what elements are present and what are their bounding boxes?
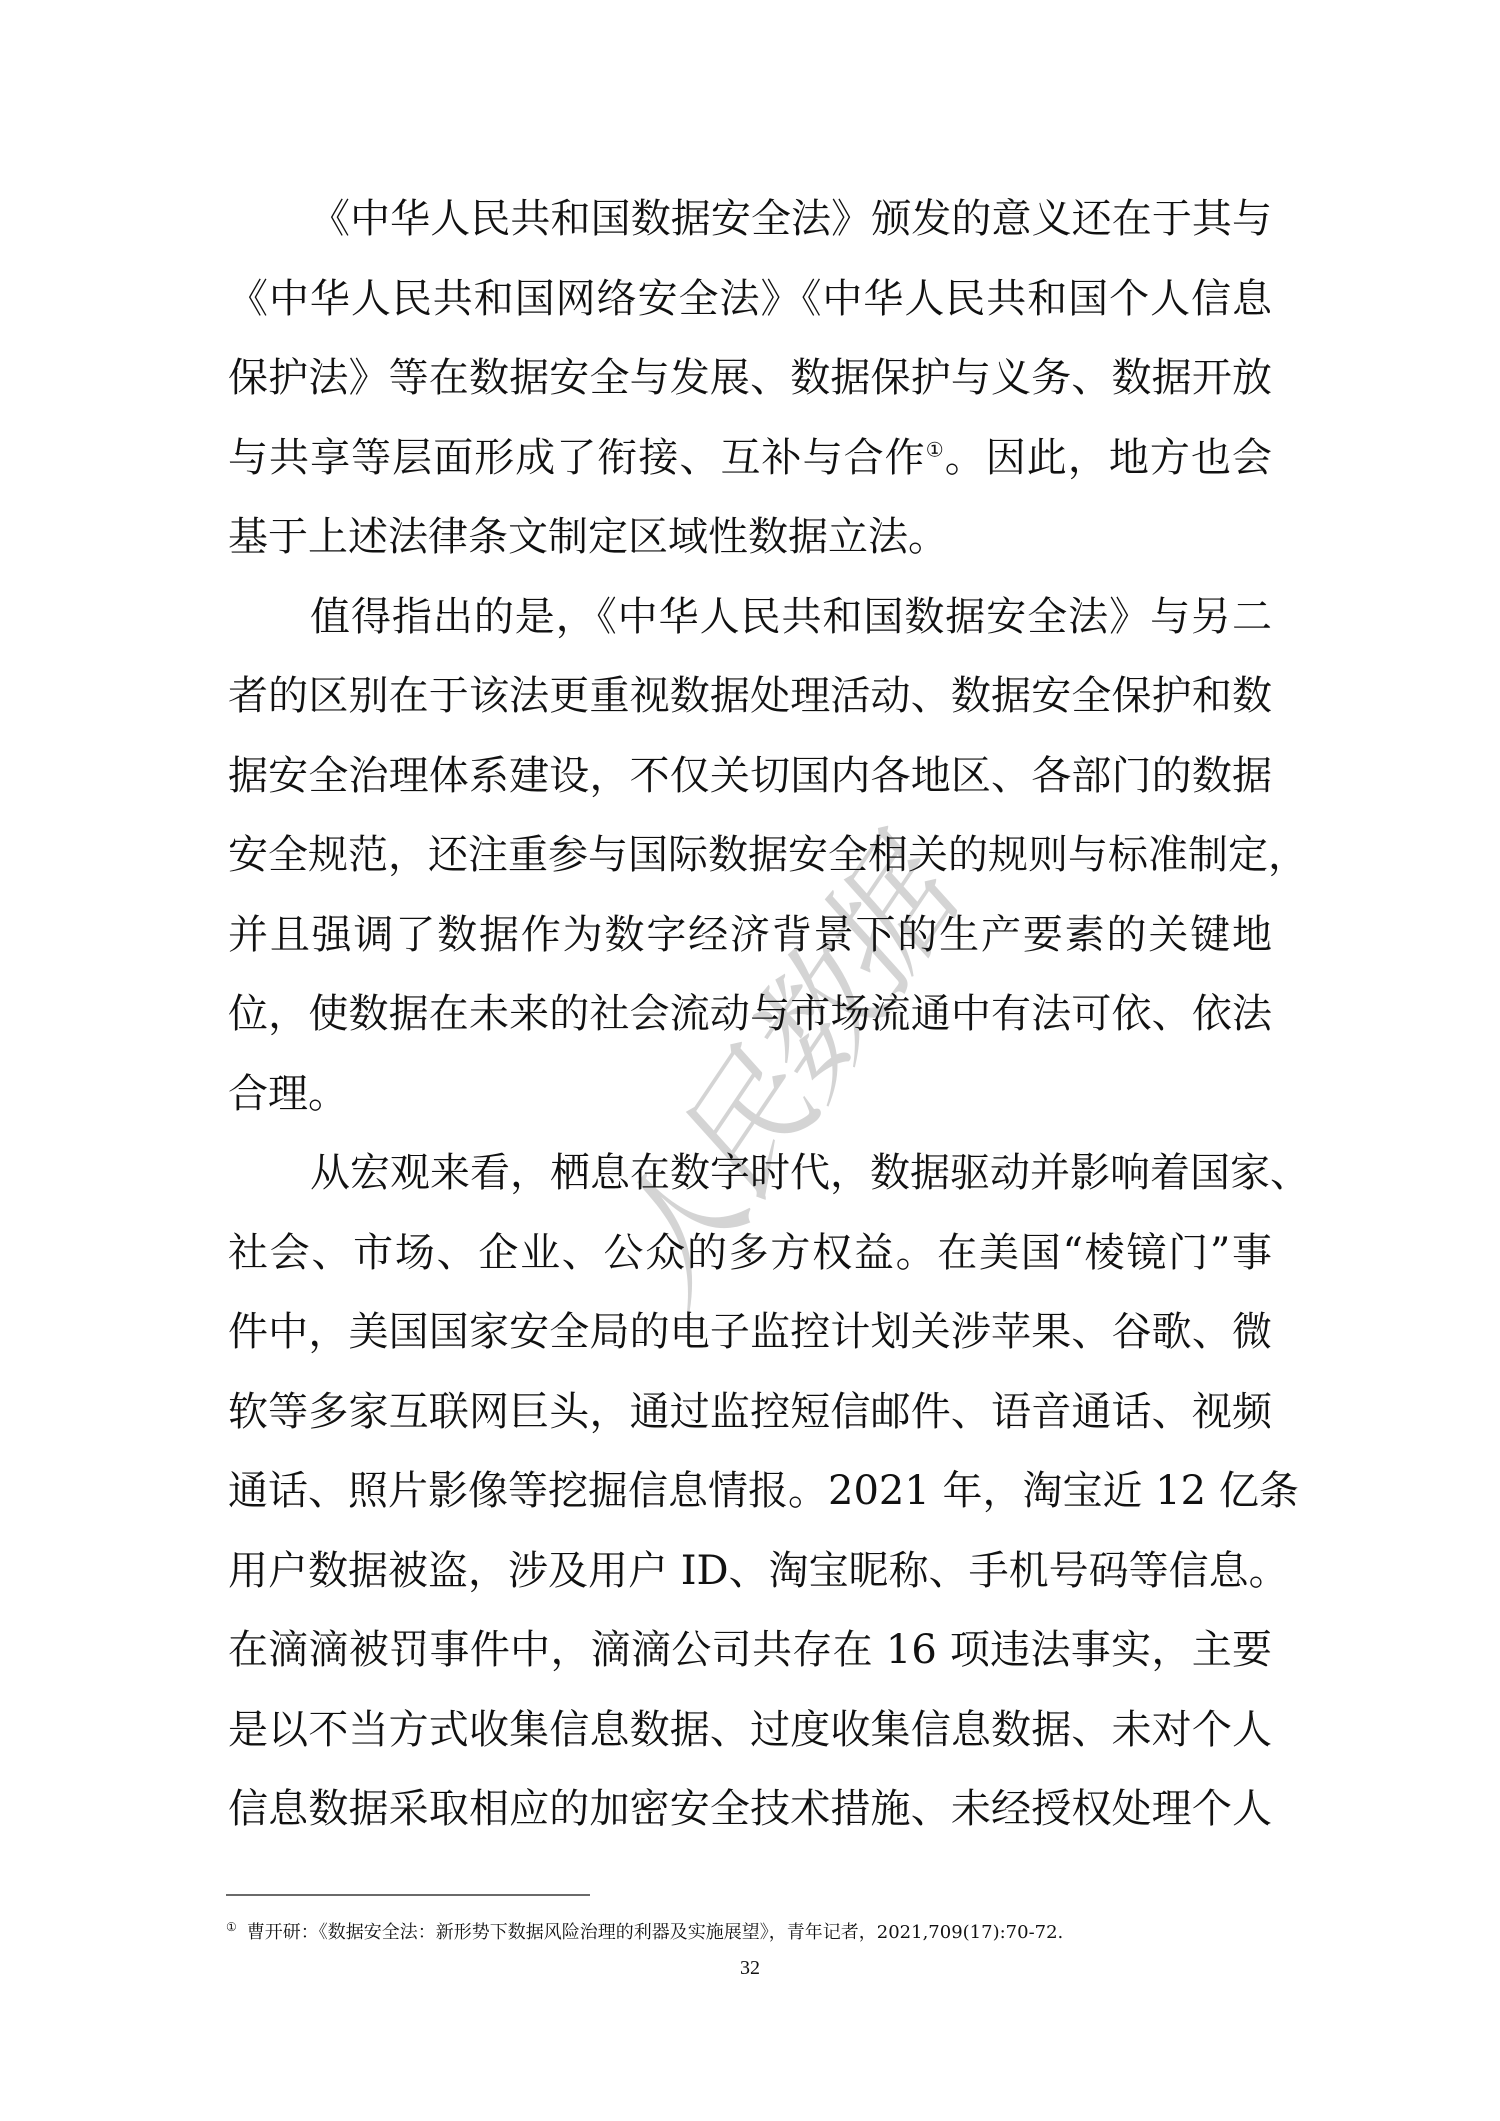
text-line: 《中华人民共和国数据安全法》颁发的意义还在于其与 <box>228 180 1272 260</box>
text-line: 在滴滴被罚事件中，滴滴公司共存在 16 项违法事实，主要 <box>228 1611 1272 1691</box>
text-line: 基于上述法律条文制定区域性数据立法。 <box>228 498 1272 578</box>
body-text: 《中华人民共和国数据安全法》颁发的意义还在于其与 《中华人民共和国网络安全法》《… <box>228 180 1272 1850</box>
text-line: 社会、市场、企业、公众的多方权益。在美国“棱镜门”事 <box>228 1214 1272 1294</box>
paragraph-1: 《中华人民共和国数据安全法》颁发的意义还在于其与 《中华人民共和国网络安全法》《… <box>228 180 1272 578</box>
text-line: 从宏观来看，栖息在数字时代，数据驱动并影响着国家、 <box>228 1134 1272 1214</box>
text-line: 合理。 <box>228 1055 1272 1135</box>
text-line: 通话、照片影像等挖掘信息情报。2021 年，淘宝近 12 亿条 <box>228 1452 1272 1532</box>
text-line: 信息数据采取相应的加密安全技术措施、未经授权处理个人 <box>228 1770 1272 1850</box>
text-line: 者的区别在于该法更重视数据处理活动、数据安全保护和数 <box>228 657 1272 737</box>
footnote-text: 曹开研：《数据安全法：新形势下数据风险治理的利器及实施展望》，青年记者，2021… <box>247 1922 1064 1943</box>
text-line: 件中，美国国家安全局的电子监控计划关涉苹果、谷歌、微 <box>228 1293 1272 1373</box>
paragraph-2: 值得指出的是，《中华人民共和国数据安全法》与另二 者的区别在于该法更重视数据处理… <box>228 578 1272 1135</box>
footnote-separator <box>226 1894 590 1896</box>
text-line: 值得指出的是，《中华人民共和国数据安全法》与另二 <box>228 578 1272 658</box>
document-page: 人民数据 《中华人民共和国数据安全法》颁发的意义还在于其与 《中华人民共和国网络… <box>0 0 1500 2121</box>
footnote-reference[interactable]: ① <box>926 437 945 461</box>
text-line: 据安全治理体系建设，不仅关切国内各地区、各部门的数据 <box>228 737 1272 817</box>
text-line: 《中华人民共和国网络安全法》《中华人民共和国个人信息 <box>228 260 1272 340</box>
text-line: 位，使数据在未来的社会流动与市场流通中有法可依、依法 <box>228 975 1272 1055</box>
text-segment: 与共享等层面形成了衔接、互补与合作 <box>228 435 926 481</box>
text-segment: 。因此，地方也会 <box>945 435 1272 481</box>
text-line: 并且强调了数据作为数字经济背景下的生产要素的关键地 <box>228 896 1272 976</box>
text-line: 用户数据被盗，涉及用户 ID、淘宝昵称、手机号码等信息。 <box>228 1532 1272 1612</box>
page-number: 32 <box>0 1954 1500 1982</box>
text-line-with-footnote: 与共享等层面形成了衔接、互补与合作①。因此，地方也会 <box>228 419 1272 499</box>
text-line: 安全规范，还注重参与国际数据安全相关的规则与标准制定， <box>228 816 1272 896</box>
text-line: 保护法》等在数据安全与发展、数据保护与义务、数据开放 <box>228 339 1272 419</box>
text-line: 软等多家互联网巨头，通过监控短信邮件、语音通话、视频 <box>228 1373 1272 1453</box>
footnote-mark: ① <box>226 1920 237 1934</box>
footnote: ①曹开研：《数据安全法：新形势下数据风险治理的利器及实施展望》，青年记者，202… <box>226 1913 1286 1947</box>
paragraph-3: 从宏观来看，栖息在数字时代，数据驱动并影响着国家、 社会、市场、企业、公众的多方… <box>228 1134 1272 1850</box>
text-line: 是以不当方式收集信息数据、过度收集信息数据、未对个人 <box>228 1691 1272 1771</box>
